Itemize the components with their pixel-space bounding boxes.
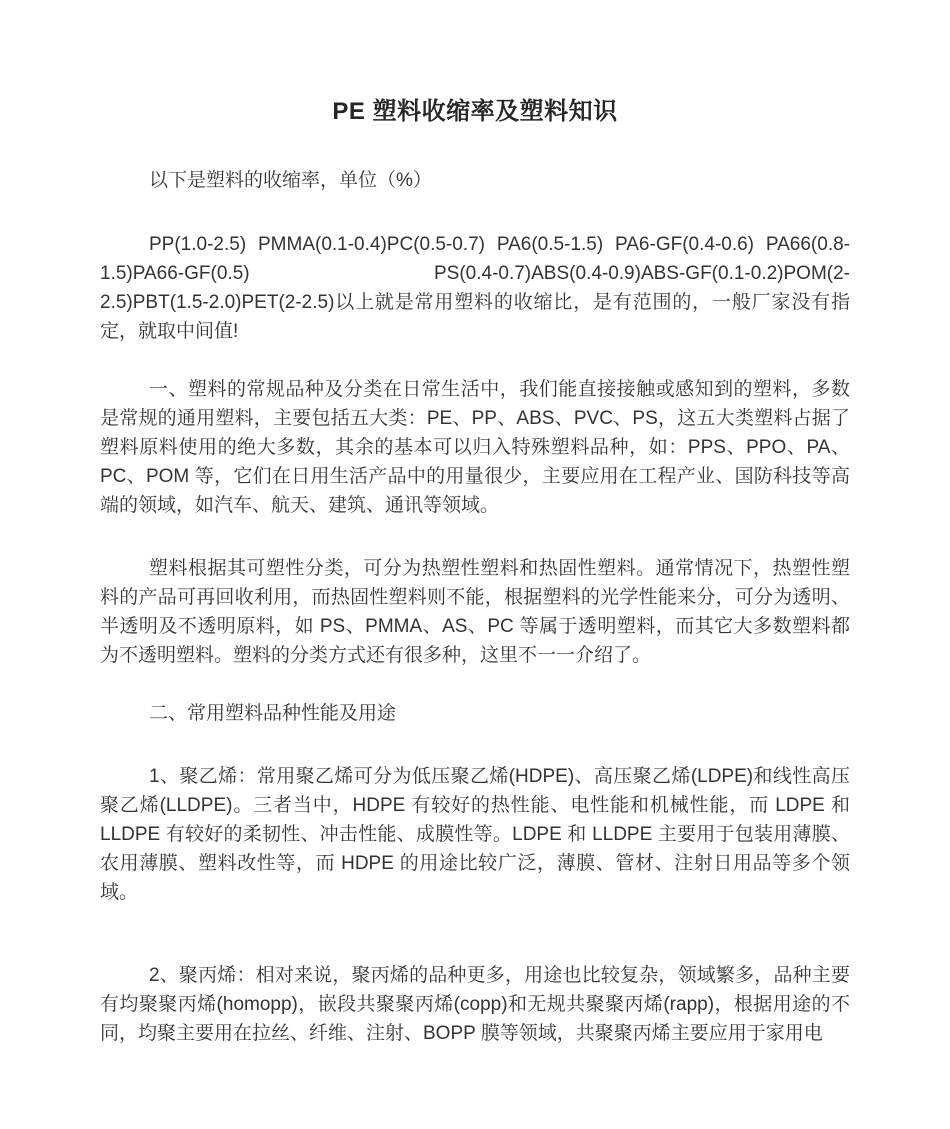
document-page: PE 塑料收缩率及塑料知识 以下是塑料的收缩率，单位（%） PP(1.0-2.5… <box>0 0 950 1129</box>
paragraph-shrinkage-values: PP(1.0-2.5) PMMA(0.1-0.4)PC(0.5-0.7) PA6… <box>100 230 850 346</box>
paragraph-polyethylene: 1、聚乙烯：常用聚乙烯可分为低压聚乙烯(HDPE)、高压聚乙烯(LDPE)和线性… <box>100 762 850 907</box>
heading-section2-common-plastics: 二、常用塑料品种性能及用途 <box>100 699 850 728</box>
paragraph-section1-plastic-classification: 一、塑料的常规品种及分类在日常生活中，我们能直接接触或感知到的塑料，多数是常规的… <box>100 375 850 520</box>
paragraph-plasticity-and-optical-classification: 塑料根据其可塑性分类，可分为热塑性塑料和热固性塑料。通常情况下，热塑性塑料的产品… <box>100 554 850 670</box>
paragraph-shrinkage-intro: 以下是塑料的收缩率，单位（%） <box>100 166 850 195</box>
document-title: PE 塑料收缩率及塑料知识 <box>100 97 850 126</box>
paragraph-polypropylene: 2、聚丙烯：相对来说，聚丙烯的品种更多，用途也比较复杂，领域繁多，品种主要有均聚… <box>100 961 850 1048</box>
